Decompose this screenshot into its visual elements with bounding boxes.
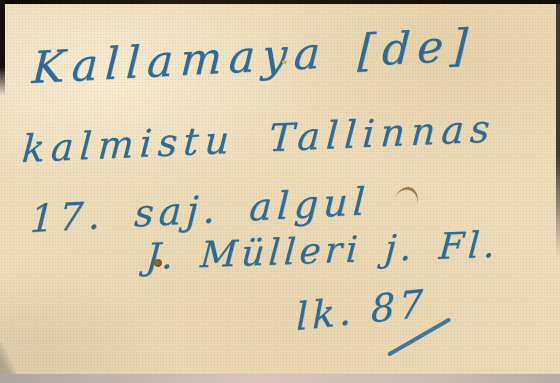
card-corner-shadow: [0, 342, 16, 374]
photo-edge-right: [556, 0, 560, 258]
line-page-reference: lk. 87: [296, 281, 427, 339]
photo-edge-top: [0, 0, 560, 4]
yellow-speck: [282, 60, 287, 64]
photo-edge-bottom: [0, 374, 560, 383]
photo-frame: Kallamaya [de] kalmistu Tallinnas 17. sa…: [0, 0, 560, 383]
ochre-ink-mark: [394, 184, 422, 208]
photo-edge-left: [0, 0, 5, 96]
archival-index-card: Kallamaya [de] kalmistu Tallinnas 17. sa…: [0, 3, 560, 374]
line-attribution: J. Mülleri j. Fl.: [145, 225, 501, 278]
title-place-name: Kallamaya [de]: [31, 20, 476, 94]
line-cemetery-location: kalmistu Tallinnas: [21, 106, 497, 171]
brown-stain-spot: [154, 259, 162, 267]
